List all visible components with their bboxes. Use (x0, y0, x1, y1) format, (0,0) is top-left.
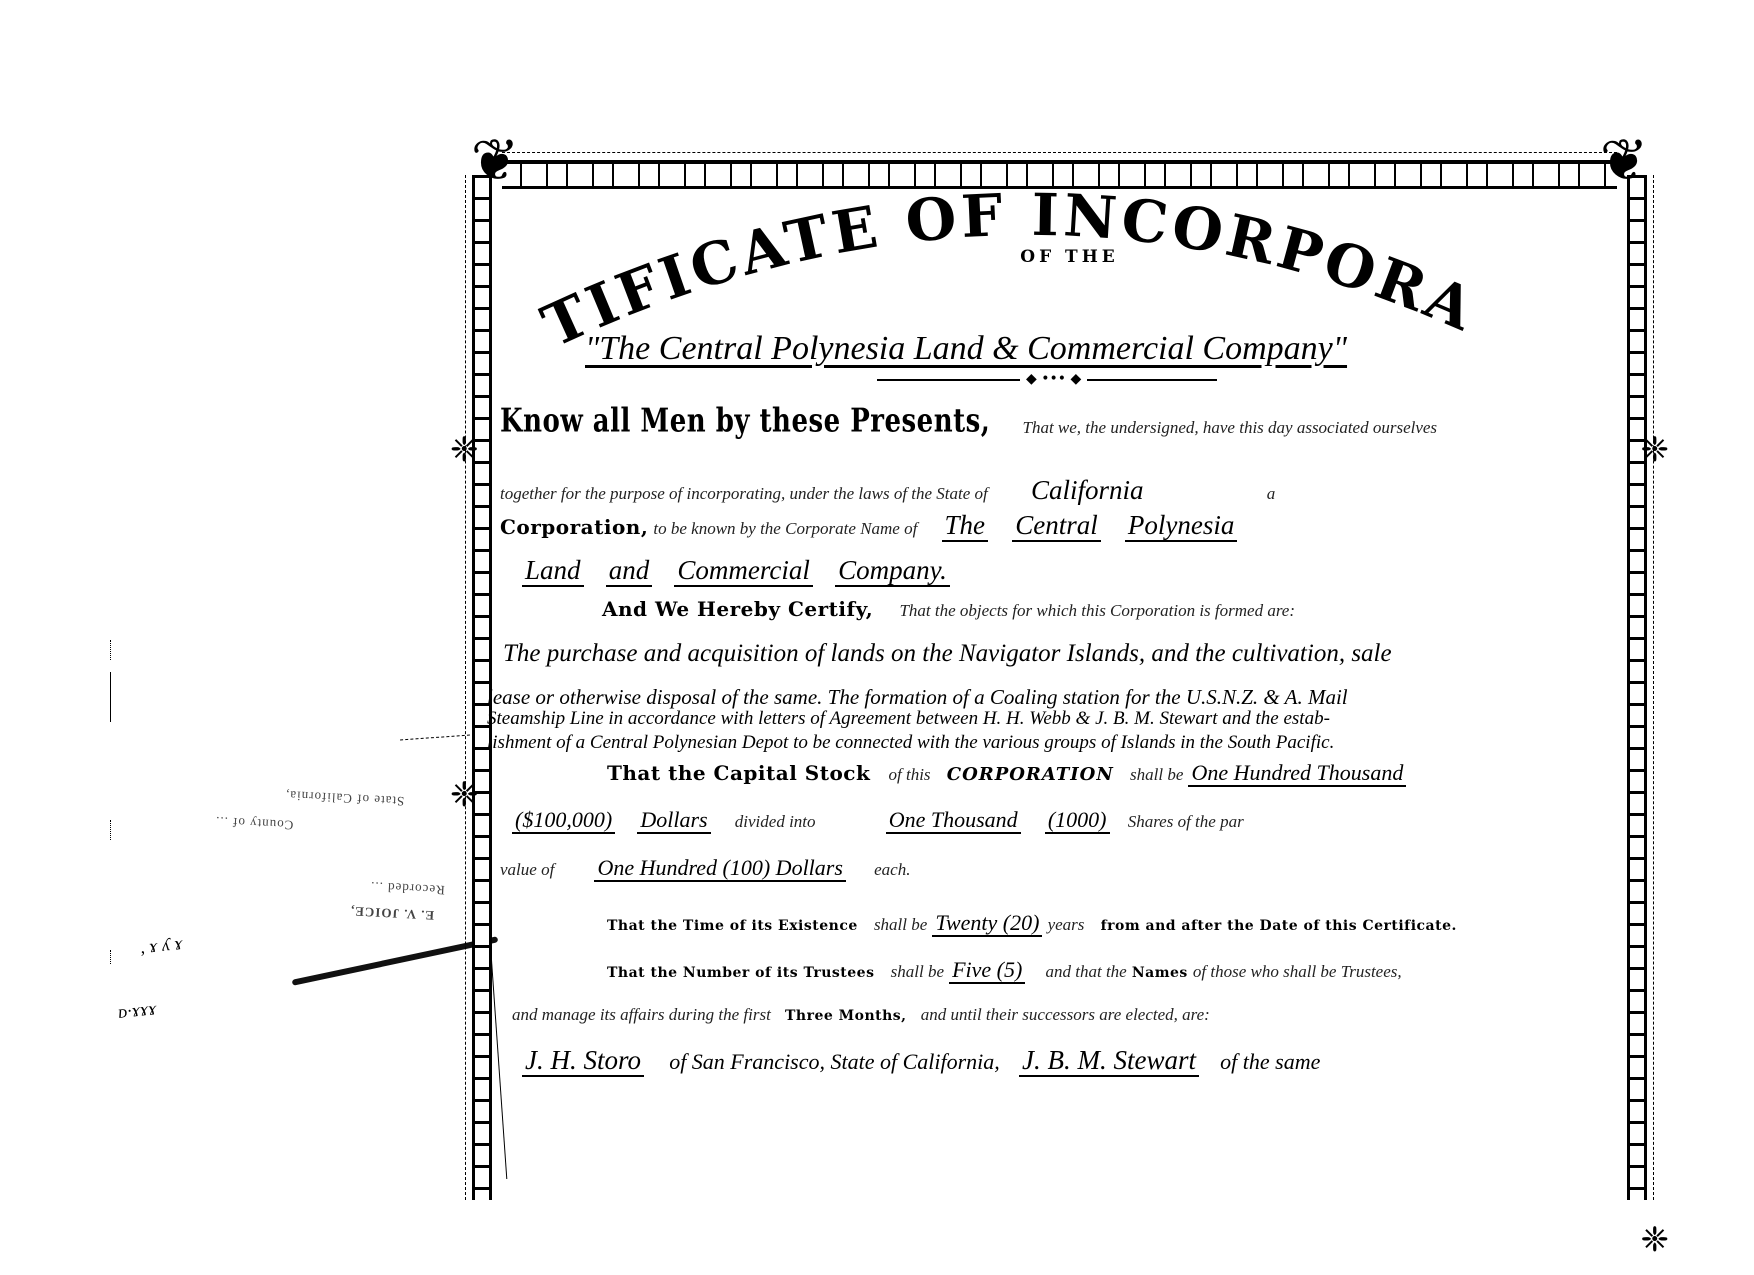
divider-ornament-icon: ◆ ••• ◆ (1020, 371, 1087, 387)
para-know-all-men: Know all Men by these Presents, That we,… (500, 410, 1437, 440)
fragment-text-line: State of California, (285, 787, 405, 809)
para-hereby-certify: And We Hereby Certify, That the objects … (602, 597, 1295, 621)
para-lead: Know all Men by these Presents, (500, 403, 990, 441)
margin-tick (110, 950, 111, 964)
trustee-name: J. H. Storo (522, 1045, 644, 1077)
para-text: That the objects for which this Corporat… (899, 601, 1295, 620)
company-name-word: Polynesia (1125, 510, 1237, 542)
existence-years: Twenty (20) (932, 910, 1042, 937)
para-state-line: together for the purpose of incorporatin… (500, 475, 1275, 506)
para-text: Names (1132, 965, 1188, 981)
objects-line: The purchase and acquisition of lands on… (500, 640, 1395, 668)
fragment-handwriting: , ɤ ʎ ɤ (139, 933, 183, 958)
para-text: value of (500, 860, 554, 879)
para-text: Shares of the par (1128, 812, 1244, 831)
company-name-line2: Land and Commercial Company. (522, 555, 950, 586)
para-text: shall be (1130, 765, 1183, 784)
para-three-months: and manage its affairs during the first … (512, 1005, 1210, 1025)
state-value: California (1028, 475, 1147, 505)
company-name-word: Central (1012, 510, 1101, 542)
trustee-name: J. B. M. Stewart (1019, 1045, 1199, 1077)
shares-numeric: (1000) (1045, 807, 1110, 834)
objects-line: lishment of a Central Polynesian Depot t… (484, 732, 1337, 754)
company-name-word: Company. (835, 555, 950, 587)
para-text: and manage its affairs during the first (512, 1005, 771, 1024)
fragment-text-line: E. V. JOICE, (350, 903, 435, 923)
side-ornament-icon: ❈ (1641, 1220, 1670, 1260)
para-text: of those who shall be Trustees, (1193, 962, 1402, 981)
trustee-location: of San Francisco, State of California, (666, 1049, 1003, 1074)
shares-words: One Thousand (886, 807, 1021, 834)
para-corporation: Corporation, to be known by the Corporat… (500, 510, 1237, 541)
margin-tick (110, 640, 111, 660)
capital-amount-numeric: ($100,000) (512, 807, 615, 834)
trustee-count: Five (5) (949, 957, 1025, 984)
para-lead: Corporation, (500, 515, 648, 539)
par-value: One Hundred (100) Dollars (594, 855, 845, 882)
para-lead: That the Time of its Existence (607, 918, 858, 934)
side-ornament-icon: ❈ (450, 775, 479, 815)
side-ornament-icon: ❈ (450, 430, 479, 470)
para-text: That we, the undersigned, have this day … (1023, 418, 1438, 437)
para-text: and until their successors are elected, … (921, 1005, 1210, 1024)
capital-amount-words: One Hundred Thousand (1188, 760, 1406, 787)
para-text: to be known by the Corporate Name of (653, 519, 917, 538)
fragment-edge (400, 735, 470, 741)
corporation-caps: CORPORATION (947, 764, 1114, 785)
title-of-the: OF THE (472, 247, 1647, 267)
certificate: ❦ ❦ ❈ ❈ ❈ ❈ CERTIFICATE OF INCORPORATION… (472, 135, 1647, 1275)
fragment-text-line: Recorded ... (370, 878, 446, 898)
para-text: together for the purpose of incorporatin… (500, 484, 988, 503)
margin-tick (110, 820, 111, 840)
trustees-names-line: J. H. Storo of San Francisco, State of C… (522, 1045, 1323, 1076)
fragment-text-line: County of ... (215, 813, 294, 833)
objects-line: Steamship Line in accordance with letter… (484, 708, 1333, 730)
para-text: shall be (874, 915, 927, 934)
margin-tick (110, 672, 111, 722)
para-text: divided into (735, 812, 816, 831)
para-capital-shares: ($100,000) Dollars divided into One Thou… (512, 807, 1244, 833)
para-text: a (1267, 484, 1276, 503)
company-name-word: The (942, 510, 989, 542)
currency: Dollars (637, 807, 710, 834)
para-lead: That the Number of its Trustees (607, 965, 874, 981)
para-text: Three Months, (785, 1008, 907, 1024)
para-text: and that the (1046, 962, 1127, 981)
objects-line: lease or otherwise disposal of the same.… (484, 685, 1351, 710)
para-text: from and after the Date of this Certific… (1101, 918, 1457, 934)
para-text: shall be (891, 962, 944, 981)
company-name-word: Commercial (674, 555, 812, 587)
para-trustees: That the Number of its Trustees shall be… (607, 957, 1402, 983)
para-text: each. (874, 860, 910, 879)
company-name-header: "The Central Polynesia Land & Commercial… (582, 330, 1350, 368)
para-text: of this (889, 765, 931, 784)
fragment-handwriting: ᴅ·ɤɤɤ (117, 998, 157, 1023)
para-capital-stock: That the Capital Stock of this CORPORATI… (607, 760, 1406, 786)
para-text: years (1048, 915, 1085, 934)
company-name-word: Land (522, 555, 584, 587)
para-lead: And We Hereby Certify, (602, 597, 873, 621)
side-ornament-icon: ❈ (1641, 430, 1670, 470)
fragment-ink-smear (292, 936, 499, 986)
para-existence: That the Time of its Existence shall be … (607, 910, 1457, 936)
para-par-value: value of One Hundred (100) Dollars each. (500, 855, 910, 881)
trustee-location: of the same (1217, 1049, 1323, 1074)
company-name-word: and (606, 555, 653, 587)
para-lead: That the Capital Stock (607, 761, 870, 785)
